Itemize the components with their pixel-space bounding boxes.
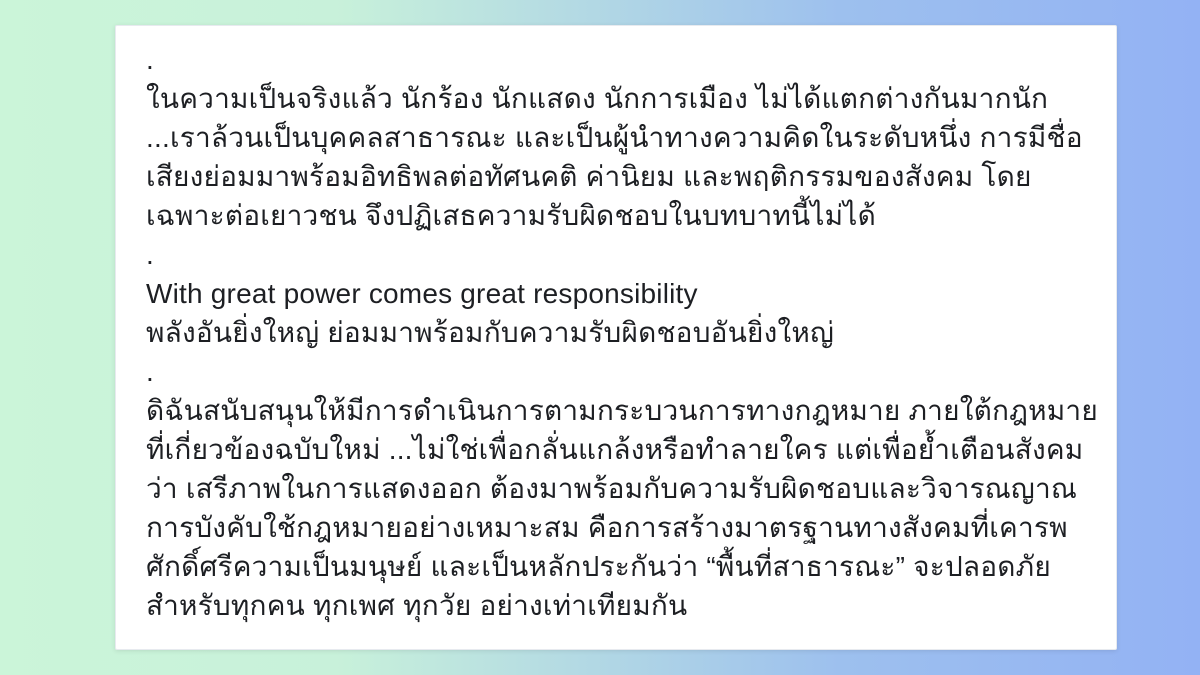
post-line: เฉพาะต่อเยาวชน จึงปฏิเสธความรับผิดชอบในบ… (146, 196, 1086, 235)
post-line: ในความเป็นจริงแล้ว นักร้อง นักแสดง นักกา… (146, 79, 1086, 118)
paragraph-separator: . (146, 235, 1086, 274)
post-line: การบังคับใช้กฎหมายอย่างเหมาะสม คือการสร้… (146, 508, 1086, 547)
paragraph-separator: . (146, 40, 1086, 79)
post-line-english-quote: With great power comes great responsibil… (146, 274, 1086, 313)
post-line: พลังอันยิ่งใหญ่ ย่อมมาพร้อมกับความรับผิด… (146, 313, 1086, 352)
post-line: ...เราล้วนเป็นบุคคลสาธารณะ และเป็นผู้นำท… (146, 118, 1086, 157)
post-line: ศักดิ์ศรีความเป็นมนุษย์ และเป็นหลักประกั… (146, 547, 1086, 586)
post-line: สำหรับทุกคน ทุกเพศ ทุกวัย อย่างเท่าเทียม… (146, 586, 1086, 625)
page-background: . ในความเป็นจริงแล้ว นักร้อง นักแสดง นัก… (0, 0, 1200, 675)
post-line: ดิฉันสนับสนุนให้มีการดำเนินการตามกระบวนก… (146, 391, 1086, 430)
post-line: เสียงย่อมมาพร้อมอิทธิพลต่อทัศนคติ ค่านิย… (146, 157, 1086, 196)
post-line: ที่เกี่ยวข้องฉบับใหม่ ...ไม่ใช่เพื่อกลั่… (146, 430, 1086, 469)
post-card: . ในความเป็นจริงแล้ว นักร้อง นักแสดง นัก… (115, 25, 1117, 650)
post-line: ว่า เสรีภาพในการแสดงออก ต้องมาพร้อมกับคว… (146, 469, 1086, 508)
paragraph-separator: . (146, 352, 1086, 391)
